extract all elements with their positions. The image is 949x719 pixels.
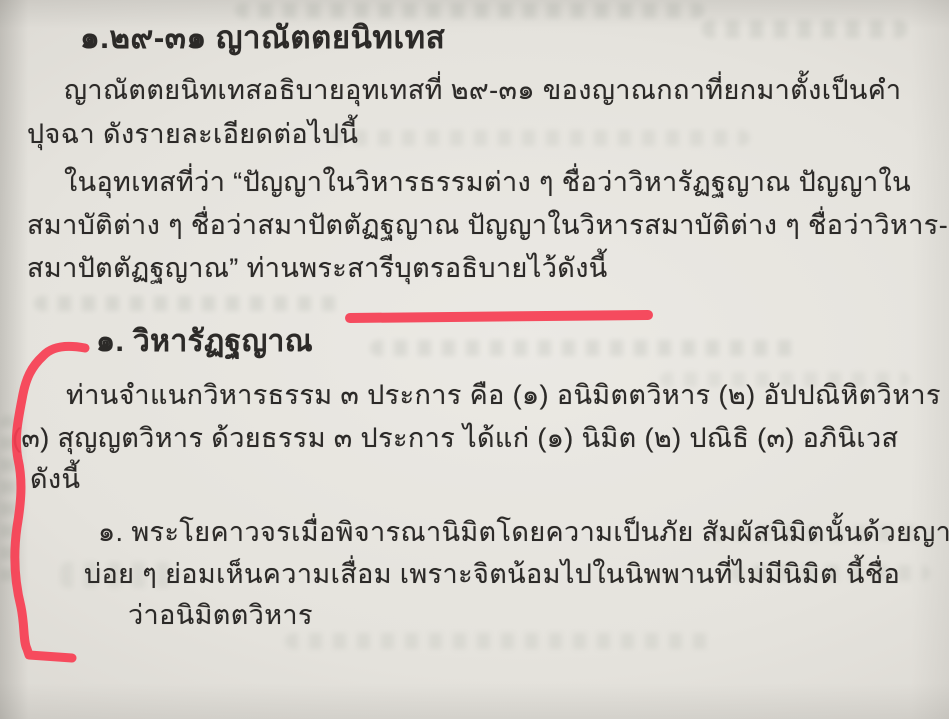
item1-line-1: ๑. พระโยคาวจรเมื่อพิจารณานิมิตโดยความเป็… bbox=[98, 514, 949, 550]
ghost-text-smudge bbox=[285, 633, 715, 649]
chapter-heading: ๑.๒๙-๓๑ ญาณัตตยนิทเทส bbox=[80, 20, 445, 56]
uddesa-line-3: สมาปัตตัฏฐญาณ” ท่านพระสารีบุตรอธิบายไว้ด… bbox=[27, 250, 608, 286]
red-underline-annotation bbox=[350, 315, 648, 318]
classification-line-2: (๓) สุญญตวิหาร ด้วยธรรม ๓ ประการ ได้แก่ … bbox=[12, 420, 898, 456]
classification-line-1: ท่านจำแนกวิหารธรรม ๓ ประการ คือ (๑) อนิม… bbox=[66, 377, 941, 413]
book-page-photo: ๑.๒๙-๓๑ ญาณัตตยนิทเทส ญาณัตตยนิทเทสอธิบา… bbox=[0, 0, 949, 719]
uddesa-line-1: ในอุทเทสที่ว่า “ปัญญาในวิหารธรรมต่าง ๆ ช… bbox=[64, 164, 911, 200]
classification-line-3: ดังนี้ bbox=[30, 461, 80, 497]
ghost-text-smudge bbox=[330, 130, 750, 146]
item1-line-3: ว่าอนิมิตตวิหาร bbox=[128, 597, 313, 633]
section-heading: ๑. วิหารัฏฐญาณ bbox=[96, 324, 313, 360]
ghost-text-smudge bbox=[370, 340, 800, 356]
ghost-text-smudge bbox=[235, 3, 705, 18]
ghost-text-smudge bbox=[702, 20, 907, 38]
intro-line-2: ปุจฉา ดังรายละเอียดต่อไปนี้ bbox=[27, 116, 358, 152]
intro-line-1: ญาณัตตยนิทเทสอธิบายอุทเทสที่ ๒๙-๓๑ ของญา… bbox=[64, 72, 901, 108]
uddesa-line-2: สมาบัติต่าง ๆ ชื่อว่าสมาปัตตัฏฐญาณ ปัญญา… bbox=[27, 207, 948, 243]
ghost-text-smudge bbox=[34, 296, 344, 311]
item1-line-2: บ่อย ๆ ย่อมเห็นความเสื่อม เพราะจิตน้อมไป… bbox=[84, 556, 900, 592]
